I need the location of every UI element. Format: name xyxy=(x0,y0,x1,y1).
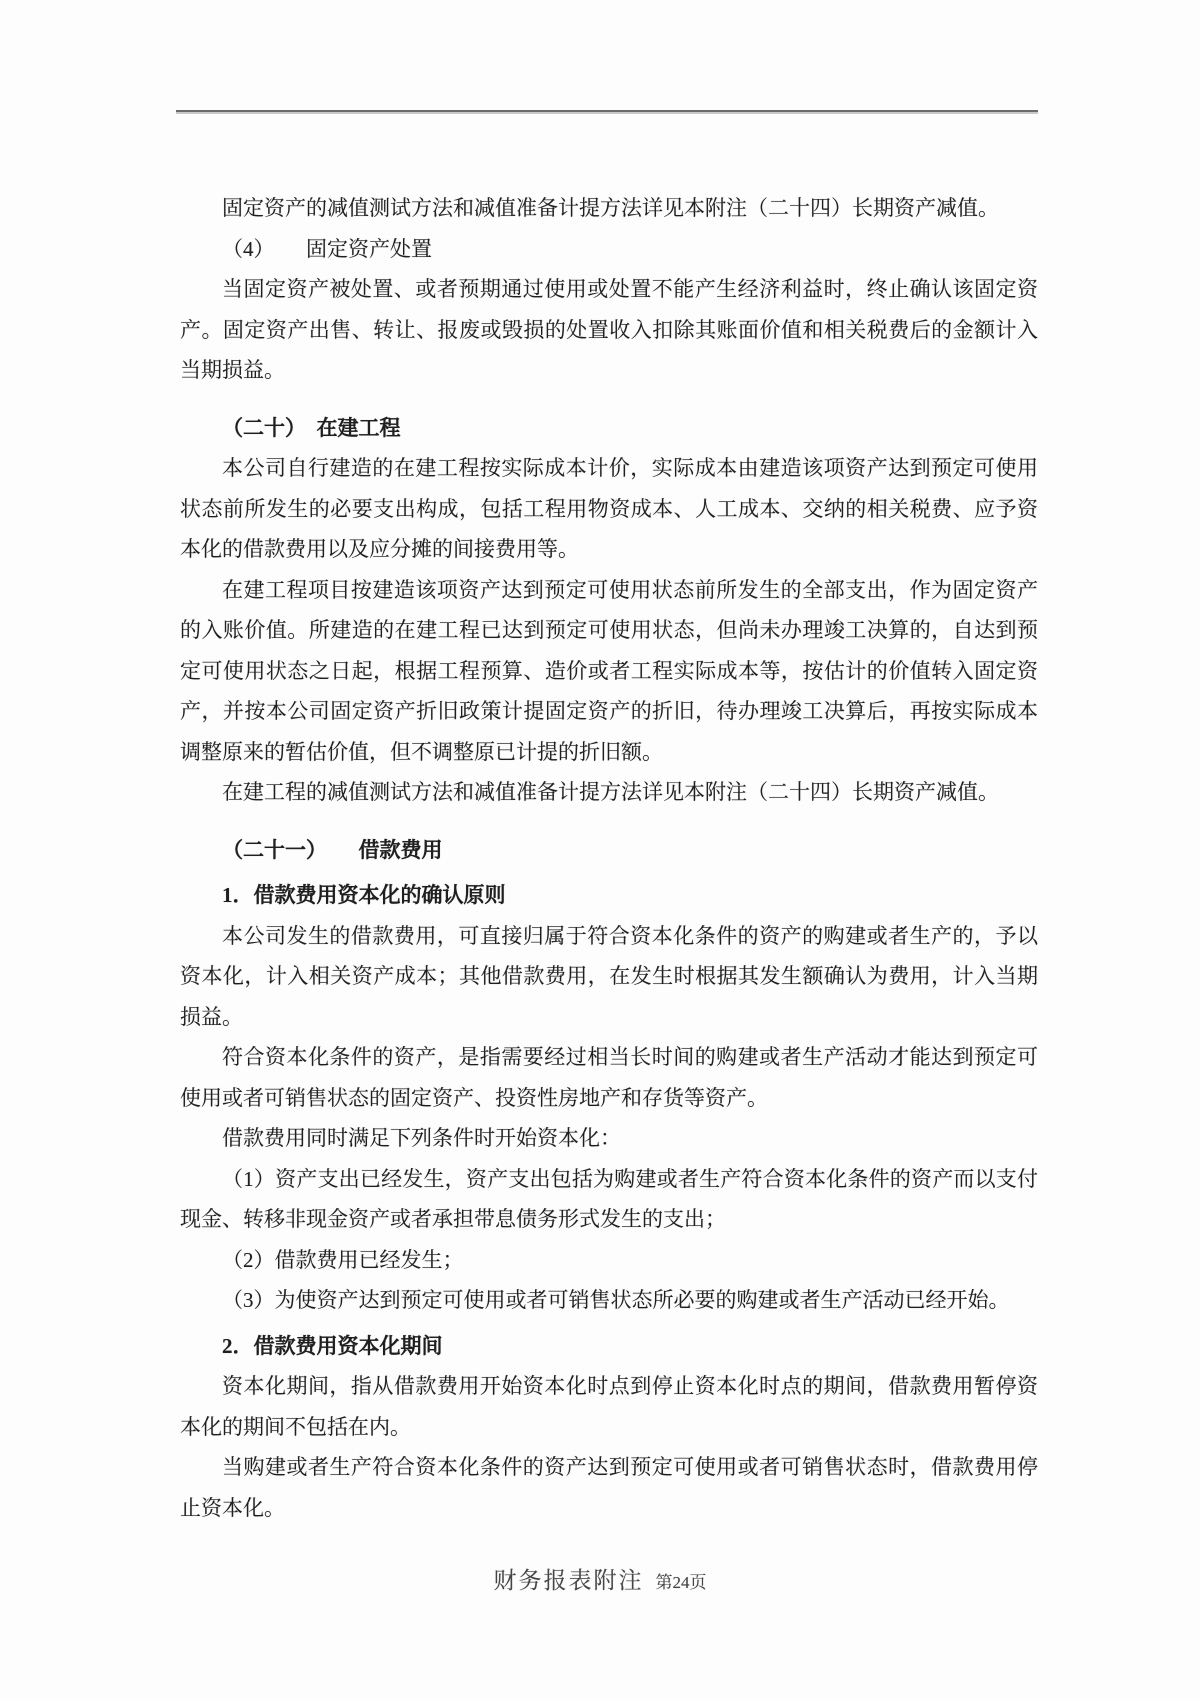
numbered-subheading: 1．借款费用资本化的确认原则 xyxy=(180,875,1038,916)
page-footer: 财务报表附注第24页 xyxy=(0,1562,1200,1595)
paragraph: （1）资产支出已经发生，资产支出包括为购建或者生产符合资本化条件的资产而以支付现… xyxy=(180,1159,1038,1240)
footer-page-number: 第24页 xyxy=(656,1573,707,1592)
paragraph: 本公司发生的借款费用，可直接归属于符合资本化条件的资产的购建或者生产的，予以资本… xyxy=(180,916,1038,1038)
paragraph: 在建工程项目按建造该项资产达到预定可使用状态前所发生的全部支出，作为固定资产的入… xyxy=(180,570,1038,773)
paragraph: 借款费用同时满足下列条件时开始资本化： xyxy=(180,1118,1038,1159)
paragraph: 符合资本化条件的资产，是指需要经过相当长时间的购建或者生产活动才能达到预定可使用… xyxy=(180,1037,1038,1118)
numbered-subheading: 2．借款费用资本化期间 xyxy=(180,1326,1038,1367)
paragraph: 当购建或者生产符合资本化条件的资产达到预定可使用或者可销售状态时，借款费用停止资… xyxy=(180,1447,1038,1528)
paragraph: 本公司自行建造的在建工程按实际成本计价，实际成本由建造该项资产达到预定可使用状态… xyxy=(180,448,1038,570)
section-heading: （二十） 在建工程 xyxy=(180,408,1038,449)
paragraph: （2）借款费用已经发生； xyxy=(180,1240,1038,1281)
section-heading: （二十一） 借款费用 xyxy=(180,830,1038,871)
document-body: 固定资产的减值测试方法和减值准备计提方法详见本附注（二十四）长期资产减值。（4）… xyxy=(180,188,1038,1528)
paragraph: 资本化期间，指从借款费用开始资本化时点到停止资本化时点的期间，借款费用暂停资本化… xyxy=(180,1366,1038,1447)
paragraph: 在建工程的减值测试方法和减值准备计提方法详见本附注（二十四）长期资产减值。 xyxy=(180,772,1038,813)
paragraph: （4） 固定资产处置 xyxy=(180,229,1038,270)
paragraph: 固定资产的减值测试方法和减值准备计提方法详见本附注（二十四）长期资产减值。 xyxy=(180,188,1038,229)
footer-title: 财务报表附注 xyxy=(494,1568,644,1593)
document-page: 固定资产的减值测试方法和减值准备计提方法详见本附注（二十四）长期资产减值。（4）… xyxy=(0,0,1200,1699)
paragraph: 当固定资产被处置、或者预期通过使用或处置不能产生经济利益时，终止确认该固定资产。… xyxy=(180,269,1038,391)
header-rule xyxy=(176,110,1038,112)
paragraph: （3）为使资产达到预定可使用或者可销售状态所必要的购建或者生产活动已经开始。 xyxy=(180,1280,1038,1321)
